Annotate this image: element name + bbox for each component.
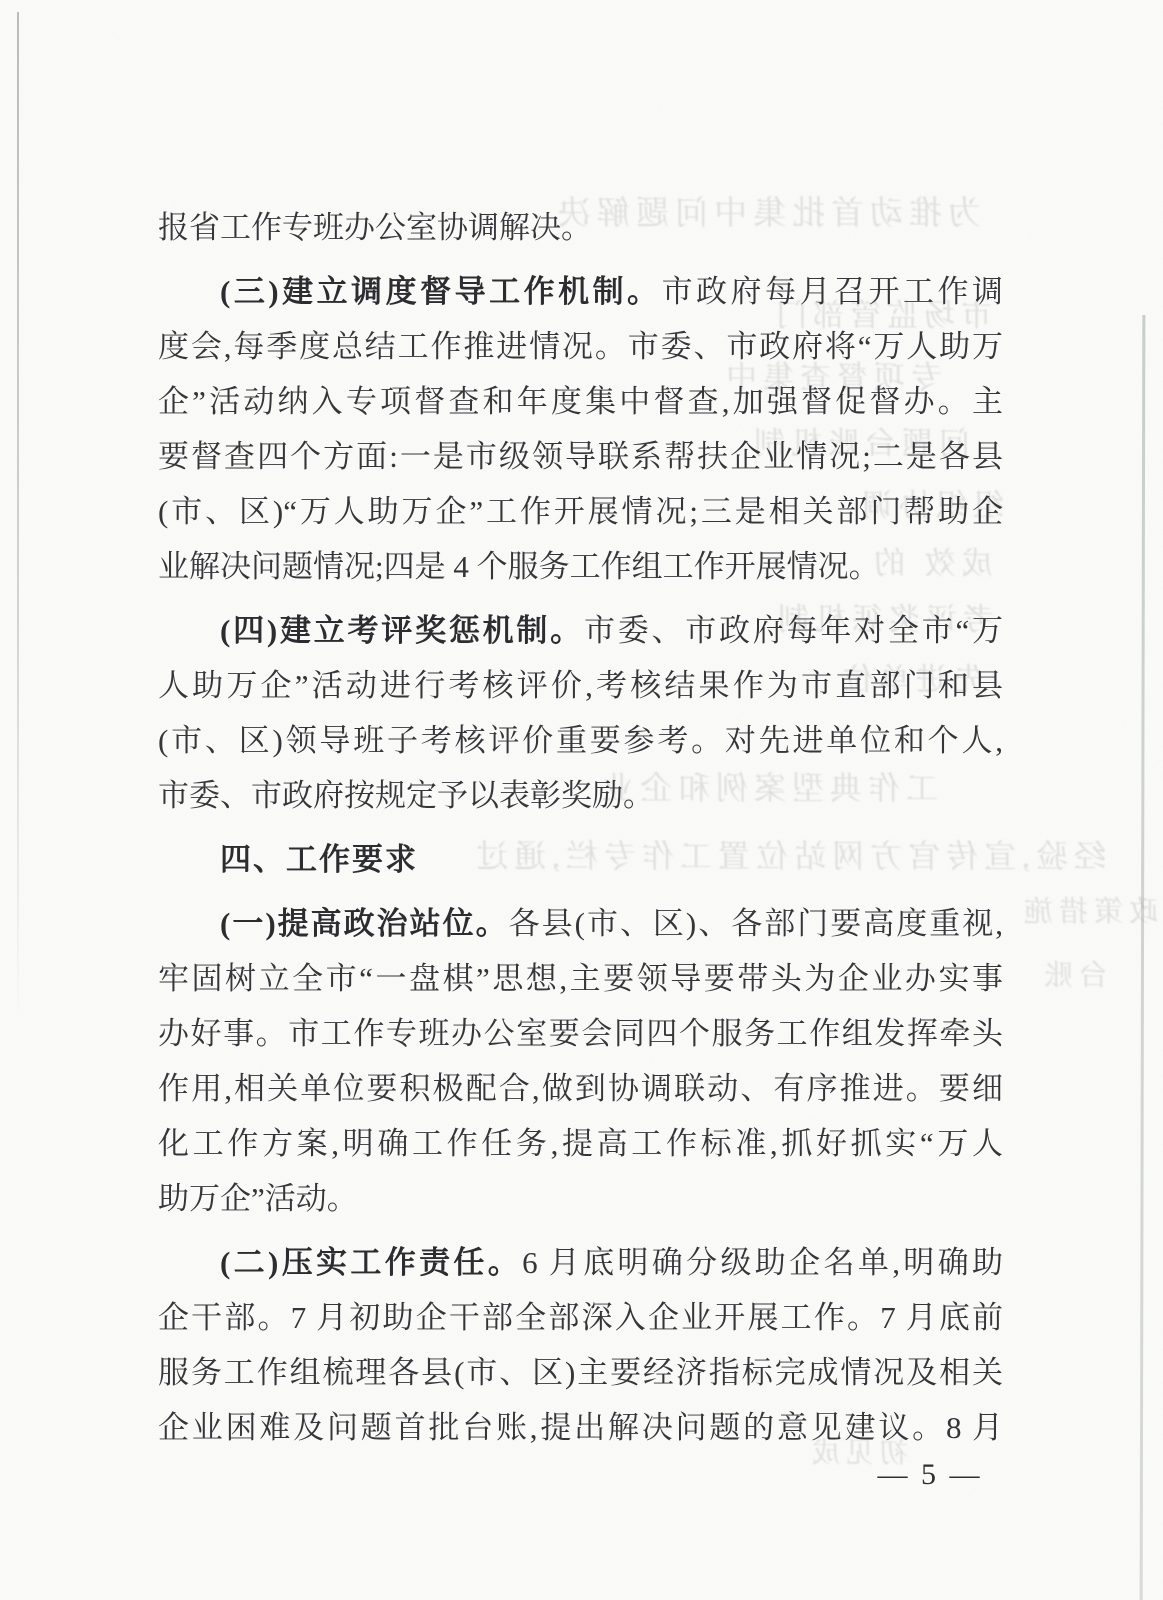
text-line: (四)建立考评奖惩机制。市委、市政府每年对全市“万 — [158, 603, 1003, 658]
line-text: (市、区)领导班子考核评价重要参考。对先进单位和个人, — [158, 723, 1003, 758]
text-line: 牢固树立全市“一盘棋”思想,主要领导要带头为企业办实事 — [158, 951, 1003, 1006]
line-text: 市委、市政府按规定予以表彰奖励。 — [158, 778, 654, 813]
text-line: 助万企”活动。 — [158, 1171, 1003, 1226]
text-line: (三)建立调度督导工作机制。市政府每月召开工作调 — [158, 264, 1003, 319]
text-line: 企业困难及问题首批台账,提出解决问题的意见建议。8 月 — [158, 1400, 1003, 1455]
text-line: 化工作方案,明确工作任务,提高工作标准,抓好抓实“万人 — [158, 1116, 1003, 1171]
paragraph: (二)压实工作责任。6 月底明确分级助企名单,明确助企干部。7 月初助企干部全部… — [158, 1235, 1003, 1455]
line-text: 各县(市、区)、各部门要高度重视, — [509, 906, 1003, 941]
line-text: 要督查四个方面:一是市级领导联系帮扶企业情况;二是各县 — [158, 439, 1003, 474]
section-heading-paragraph: 四、工作要求 — [158, 832, 1003, 887]
line-text: 人助万企”活动进行考核评价,考核结果作为市直部门和县 — [158, 668, 1003, 703]
line-text: (市、区)“万人助万企”工作开展情况;三是相关部门帮助企 — [158, 494, 1003, 529]
text-line: 人助万企”活动进行考核评价,考核结果作为市直部门和县 — [158, 658, 1003, 713]
bold-lead-in: (四)建立考评奖惩机制。 — [220, 613, 584, 648]
line-text: 市政府每月召开工作调 — [662, 274, 1003, 309]
section-heading: 四、工作要求 — [158, 832, 1003, 887]
bold-lead-in: (二)压实工作责任。 — [220, 1245, 522, 1280]
text-line: 作用,相关单位要积极配合,做到协调联动、有序推进。要细 — [158, 1061, 1003, 1116]
bold-lead-in: (三)建立调度督导工作机制。 — [220, 274, 662, 309]
text-line: 企”活动纳入专项督查和年度集中督查,加强督促督办。主 — [158, 374, 1003, 429]
bleedthrough-text: 台账 — [1038, 962, 1108, 991]
line-text: 作用,相关单位要积极配合,做到协调联动、有序推进。要细 — [158, 1071, 1003, 1106]
line-text: 度会,每季度总结工作推进情况。市委、市政府将“万人助万 — [158, 329, 1003, 364]
bold-lead-in: (一)提高政治站位。 — [220, 906, 509, 941]
line-text: 牢固树立全市“一盘棋”思想,主要领导要带头为企业办实事 — [158, 961, 1003, 996]
text-line: (一)提高政治站位。各县(市、区)、各部门要高度重视, — [158, 896, 1003, 951]
line-text: 助万企”活动。 — [158, 1181, 358, 1216]
line-text: 6 月底明确分级助企名单,明确助 — [522, 1245, 1003, 1280]
line-text: 市委、市政府每年对全市“万 — [584, 613, 1003, 648]
bold-lead-in: 四、工作要求 — [220, 842, 418, 877]
paragraph: (四)建立考评奖惩机制。市委、市政府每年对全市“万人助万企”活动进行考核评价,考… — [158, 603, 1003, 823]
text-line: 办好事。市工作专班办公室要会同四个服务工作组发挥牵头 — [158, 1006, 1003, 1061]
line-text: 业解决问题情况;四是 4 个服务工作组工作开展情况。 — [158, 549, 880, 584]
text-line: (市、区)“万人助万企”工作开展情况;三是相关部门帮助企 — [158, 484, 1003, 539]
text-line: 服务工作组梳理各县(市、区)主要经济指标完成情况及相关 — [158, 1345, 1003, 1400]
text-line: 要督查四个方面:一是市级领导联系帮扶企业情况;二是各县 — [158, 429, 1003, 484]
text-line: 企干部。7 月初助企干部全部深入企业开展工作。7 月底前 — [158, 1290, 1003, 1345]
document-page: 为推动首批集中问题解决市场监管部门专项督查集中问题台账机制组织协调成效 的考评奖… — [0, 0, 1163, 1600]
text-line: 市委、市政府按规定予以表彰奖励。 — [158, 768, 1003, 823]
text-line: 度会,每季度总结工作推进情况。市委、市政府将“万人助万 — [158, 319, 1003, 374]
text-line: 业解决问题情况;四是 4 个服务工作组工作开展情况。 — [158, 539, 1003, 594]
paragraph: 报省工作专班办公室协调解决。 — [158, 200, 1003, 255]
bleedthrough-text: 政策措施 — [1018, 898, 1158, 927]
page-number: — 5 — — [860, 1458, 1000, 1492]
scan-edge-left — [17, 12, 19, 1022]
scan-edge-right — [1140, 315, 1146, 1600]
line-text: 办好事。市工作专班办公室要会同四个服务工作组发挥牵头 — [158, 1016, 1003, 1051]
line-text: 服务工作组梳理各县(市、区)主要经济指标完成情况及相关 — [158, 1355, 1003, 1390]
line-text: 企”活动纳入专项督查和年度集中督查,加强督促督办。主 — [158, 384, 1003, 419]
line-text: 报省工作专班办公室协调解决。 — [158, 210, 592, 245]
line-text: 企业困难及问题首批台账,提出解决问题的意见建议。8 月 — [158, 1410, 1003, 1445]
line-text: 企干部。7 月初助企干部全部深入企业开展工作。7 月底前 — [158, 1300, 1003, 1335]
line-text: 化工作方案,明确工作任务,提高工作标准,抓好抓实“万人 — [158, 1126, 1003, 1161]
text-line: (市、区)领导班子考核评价重要参考。对先进单位和个人, — [158, 713, 1003, 768]
text-line: (二)压实工作责任。6 月底明确分级助企名单,明确助 — [158, 1235, 1003, 1290]
text-line: 报省工作专班办公室协调解决。 — [158, 200, 1003, 255]
paragraph: (一)提高政治站位。各县(市、区)、各部门要高度重视,牢固树立全市“一盘棋”思想… — [158, 896, 1003, 1226]
document-body: 报省工作专班办公室协调解决。(三)建立调度督导工作机制。市政府每月召开工作调度会… — [158, 200, 1003, 1455]
paragraph: (三)建立调度督导工作机制。市政府每月召开工作调度会,每季度总结工作推进情况。市… — [158, 264, 1003, 594]
